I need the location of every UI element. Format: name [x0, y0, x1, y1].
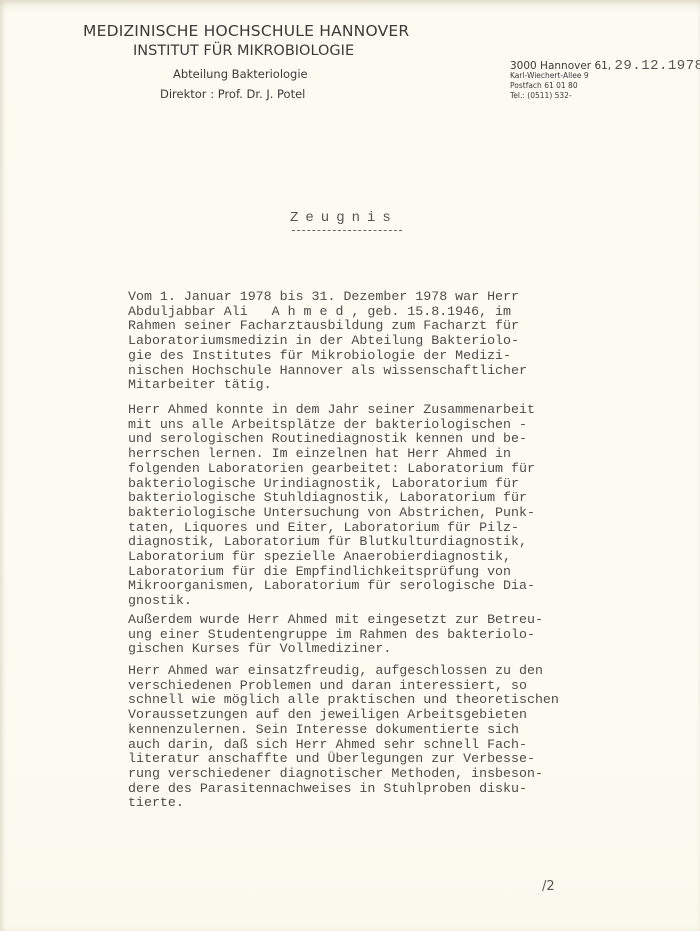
- letterhead-institute: INSTITUT FÜR MIKROBIOLOGIE: [133, 43, 354, 59]
- city-date-line: 3000 Hannover 61, 29.12.1978: [510, 61, 700, 71]
- paragraph-teaching: Außerdem wurde Herr Ahmed mit eingesetzt…: [128, 613, 543, 657]
- sender-address: 3000 Hannover 61, 29.12.1978 Karl-Wieche…: [510, 61, 700, 101]
- letterhead-department: Abteilung Bakteriologie: [173, 67, 308, 81]
- document-title: Zeugnis: [290, 210, 398, 226]
- paragraph-employment: Vom 1. Januar 1978 bis 31. Dezember 1978…: [128, 290, 527, 393]
- postbox: Postfach 61 01 80: [510, 81, 700, 91]
- letterhead-director: Direktor : Prof. Dr. J. Potel: [160, 87, 305, 101]
- letterhead-institution: MEDIZINISCHE HOCHSCHULE HANNOVER: [83, 22, 409, 40]
- document-page: MEDIZINISCHE HOCHSCHULE HANNOVER INSTITU…: [0, 0, 700, 931]
- phone: Tel.: (0511) 532-: [510, 91, 700, 101]
- letter-date: 29.12.1978: [615, 58, 700, 74]
- paragraph-laboratories: Herr Ahmed konnte in dem Jahr seiner Zus…: [128, 403, 535, 609]
- title-underline: [292, 230, 402, 231]
- page-continuation-marker: /2: [542, 879, 555, 894]
- paragraph-assessment: Herr Ahmed war einsatzfreudig, aufgeschl…: [128, 664, 559, 811]
